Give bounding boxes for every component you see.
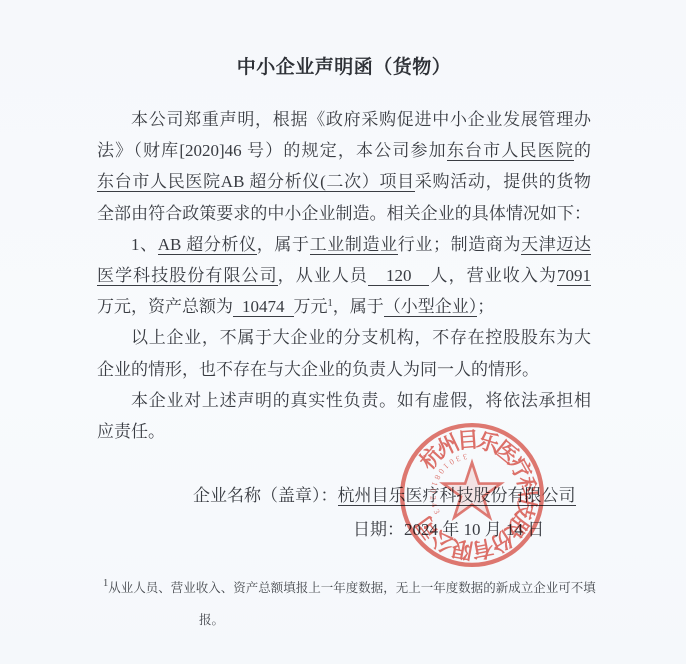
declaration-body: 本公司郑重声明，根据《政府采购促进中小企业发展管理办法》（财库[2020]46 … bbox=[97, 104, 591, 447]
text-segment: 全部由符合政策要求的中小企业制造。相关企业的具体情况如下： bbox=[97, 204, 591, 223]
underlined-fill-in: 工业制造业 bbox=[310, 235, 398, 255]
text-segment: 的 bbox=[574, 141, 591, 160]
underlined-fill-in: 7091 bbox=[557, 266, 591, 286]
underlined-fill-in: AB 超分析仪 bbox=[158, 235, 257, 255]
page-title: 中小企业声明函（货物） bbox=[97, 52, 591, 79]
text-segment: 本公司郑重声明，根据《政府采购促进中小企业发展管理办 bbox=[131, 110, 591, 129]
underlined-fill-in: 东台市人民医院 bbox=[447, 141, 574, 161]
body-line: 全部由符合政策要求的中小企业制造。相关企业的具体情况如下： bbox=[97, 198, 591, 229]
body-line: 本企业对上述声明的真实性负责。如有虚假，将依法承担相 bbox=[97, 385, 591, 416]
body-line: 1、AB 超分析仪，属于工业制造业行业；制造商为天津迈达 bbox=[97, 229, 591, 260]
date-value: 2024 年 10 月 14 日 bbox=[404, 520, 544, 539]
body-line: 法》（财库[2020]46 号）的规定，本公司参加东台市人民医院的 bbox=[97, 135, 591, 166]
scanned-declaration-page: { "colors": { "paper": "#f7f9fc", "ink":… bbox=[0, 0, 686, 664]
underlined-fill-in: 东台市人民医院AB 超分析仪(二次）项目 bbox=[97, 172, 415, 192]
text-segment: 以上企业，不属于大企业的分支机构，不存在控股股东为大 bbox=[131, 328, 591, 347]
text-segment: 行业；制造商为 bbox=[398, 235, 521, 254]
text-segment: 企业的情形，也不存在与大企业的负责人为同一人的情形。 bbox=[97, 360, 539, 379]
body-line: 东台市人民医院AB 超分析仪(二次）项目采购活动，提供的货物 bbox=[97, 166, 591, 197]
text-segment: ，属于 bbox=[257, 235, 310, 254]
text-segment: 采购活动，提供的货物 bbox=[415, 172, 591, 191]
text-segment: 万元，资产总额为 bbox=[97, 297, 233, 316]
text-segment: 1、 bbox=[131, 235, 158, 254]
text-segment: 法》（财库[2020]46 号）的规定，本公司参加 bbox=[97, 141, 447, 160]
underlined-fill-in: 120 bbox=[368, 266, 430, 286]
body-line: 企业的情形，也不存在与大企业的负责人为同一人的情形。 bbox=[97, 354, 591, 385]
underlined-fill-in: 医学科技股份有限公司 bbox=[97, 266, 278, 286]
footnote: 1从业人员、营业收入、资产总额填报上一年度数据，无上一年度数据的新成立企业可不填… bbox=[103, 572, 603, 636]
text-segment: ，属于 bbox=[333, 297, 384, 316]
footnote-line-1: 1从业人员、营业收入、资产总额填报上一年度数据，无上一年度数据的新成立企业可不填 bbox=[103, 572, 603, 604]
footnote-text: 从业人员、营业收入、资产总额填报上一年度数据，无上一年度数据的新成立企业可不填 bbox=[108, 581, 596, 595]
date-line: 日期：2024 年 10 月 14 日 bbox=[353, 513, 576, 547]
signature-block: 企业名称（盖章）：杭州目乐医疗科技股份有限公司 日期：2024 年 10 月 1… bbox=[193, 479, 576, 546]
company-name-label: 企业名称（盖章）： bbox=[193, 486, 338, 505]
underlined-fill-in: （小型企业） bbox=[384, 297, 478, 317]
body-line: 以上企业，不属于大企业的分支机构，不存在控股股东为大 bbox=[97, 322, 591, 353]
body-line: 万元，资产总额为10474万元1，属于（小型企业）； bbox=[97, 291, 591, 322]
company-name-line: 企业名称（盖章）：杭州目乐医疗科技股份有限公司 bbox=[193, 479, 576, 513]
body-line: 本公司郑重声明，根据《政府采购促进中小企业发展管理办 bbox=[97, 104, 591, 135]
text-segment: ，从业人员 bbox=[278, 266, 368, 285]
footnote-line-2: 报。 bbox=[199, 604, 603, 636]
date-label: 日期： bbox=[353, 520, 404, 539]
text-segment: 本企业对上述声明的真实性负责。如有虚假，将依法承担相 bbox=[131, 391, 591, 410]
underlined-fill-in: 天津迈达 bbox=[521, 235, 591, 255]
text-segment: 应责任。 bbox=[97, 422, 165, 441]
body-line: 医学科技股份有限公司，从业人员120人，营业收入为7091 bbox=[97, 260, 591, 291]
company-name-value: 杭州目乐医疗科技股份有限公司 bbox=[338, 486, 576, 506]
text-segment: ； bbox=[477, 297, 494, 316]
underlined-fill-in: 10474 bbox=[233, 297, 294, 317]
text-segment: 人，营业收入为 bbox=[429, 266, 557, 285]
text-segment: 万元 bbox=[294, 297, 328, 316]
body-line: 应责任。 bbox=[97, 416, 591, 447]
